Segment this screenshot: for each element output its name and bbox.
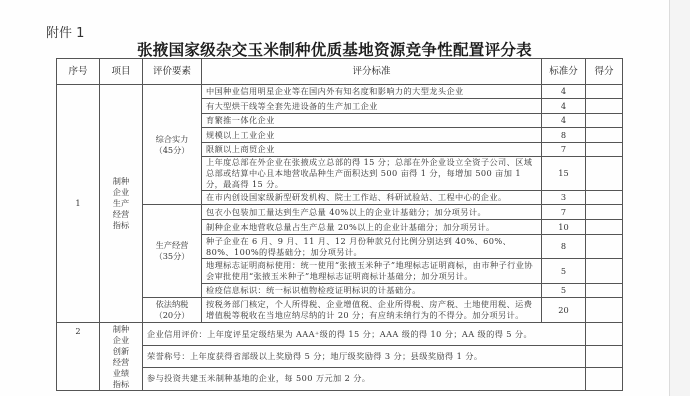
criteria-text: 检疫信息标识：统一标识植物检疫证明标识的计基础分。 [202, 284, 542, 298]
criteria-text: 在市内创设国家级新型研发机构、院士工作站、科研试验站、工程中心的企业。 [202, 191, 542, 205]
score-cell[interactable] [586, 235, 623, 259]
score-cell[interactable] [586, 259, 623, 284]
element-name: 生产经营（35分） [143, 205, 202, 298]
document-page: 附件 1 张掖国家级杂交玉米制种优质基地资源竞争性配置评分表 序号 项目 评价要… [0, 0, 670, 396]
score-cell[interactable] [586, 298, 623, 323]
score-cell[interactable] [586, 85, 623, 99]
criteria-text: 上年度总部在外企业在张掖成立总部的得 15 分；总部在外企业设立全资子公司、区域… [202, 157, 542, 191]
criteria-text: 种子企业在 6 月、9 月、11 月、12 月份种款兑付比例分别达到 40%、6… [202, 235, 542, 259]
header-no: 序号 [57, 59, 100, 85]
scoring-table: 序号 项目 评价要素 评分标准 标准分 得分 1 制种企业生产经营指标 综合实力… [56, 58, 623, 391]
criteria-text: 育繁推一体化企业 [202, 114, 542, 128]
score-cell[interactable] [586, 191, 623, 205]
criteria-text: 按税务部门核定，个人所得税、企业增值税、企业所得税、房产税、土地使用税、运费增值… [202, 298, 542, 323]
section-item: 制种企业生产经营指标 [100, 85, 143, 323]
element-name: 综合实力（45分） [143, 85, 202, 205]
criteria-text: 地理标志证明商标使用：统一使用“张掖玉米种子”地理标志证明商标，由市种子行业协会… [202, 259, 542, 284]
criteria-text: 有大型烘干线等全套先进设备的生产加工企业 [202, 99, 542, 114]
standard-score: 15 [542, 157, 586, 191]
criteria-text: 参与投资共建玉米制种基地的企业，每 500 万元加 2 分。 [143, 367, 586, 390]
document-title: 张掖国家级杂交玉米制种优质基地资源竞争性配置评分表 [0, 38, 669, 60]
criteria-text: 制种企业本地营收总量占生产总量 20%以上的企业计基础分；加分项另计。 [202, 220, 542, 235]
header-row: 序号 项目 评价要素 评分标准 标准分 得分 [57, 59, 623, 85]
score-cell[interactable] [586, 323, 623, 346]
standard-score: 8 [542, 128, 586, 143]
score-cell[interactable] [586, 128, 623, 143]
header-criteria: 评分标准 [202, 59, 542, 85]
header-score: 得分 [586, 59, 623, 85]
score-cell[interactable] [586, 367, 623, 390]
section-item: 制种企业创新经营业绩指标 [100, 323, 143, 391]
score-cell[interactable] [586, 284, 623, 298]
score-cell[interactable] [586, 99, 623, 114]
standard-score: 4 [542, 99, 586, 114]
standard-score: 8 [542, 235, 586, 259]
standard-score: 5 [542, 259, 586, 284]
criteria-text: 规模以上工业企业 [202, 128, 542, 143]
criteria-text: 限额以上商贸企业 [202, 143, 542, 157]
standard-score: 4 [542, 85, 586, 99]
header-standard-score: 标准分 [542, 59, 586, 85]
table-row: 1 制种企业生产经营指标 综合实力（45分） 中国种业信用明星企业等在国内外有知… [57, 85, 623, 99]
table-row: 2 制种企业创新经营业绩指标 企业信用评价：上年度评星定级结果为 AAA⁺级的得… [57, 323, 623, 346]
standard-score: 7 [542, 205, 586, 220]
criteria-text: 中国种业信用明星企业等在国内外有知名度和影响力的大型龙头企业 [202, 85, 542, 99]
standard-score: 7 [542, 143, 586, 157]
score-cell[interactable] [586, 346, 623, 368]
criteria-text: 企业信用评价：上年度评星定级结果为 AAA⁺级的得 15 分；AAA 级的得 1… [143, 323, 586, 346]
section-no: 1 [57, 85, 100, 323]
criteria-text: 荣誉称号：上年度获得省部级以上奖励得 5 分；地厅级奖励得 3 分；县级奖励得 … [143, 346, 586, 368]
score-cell[interactable] [586, 157, 623, 191]
standard-score: 4 [542, 114, 586, 128]
score-cell[interactable] [586, 205, 623, 220]
score-cell[interactable] [586, 220, 623, 235]
standard-score: 10 [542, 220, 586, 235]
standard-score: 3 [542, 191, 586, 205]
header-item: 项目 [100, 59, 143, 85]
standard-score: 5 [542, 284, 586, 298]
score-cell[interactable] [586, 143, 623, 157]
header-element: 评价要素 [143, 59, 202, 85]
standard-score: 20 [542, 298, 586, 323]
element-name: 依法纳税（20分） [143, 298, 202, 323]
score-cell[interactable] [586, 114, 623, 128]
section-no: 2 [57, 323, 100, 391]
criteria-text: 包衣小包装加工量达到生产总量 40%以上的企业计基础分；加分项另计。 [202, 205, 542, 220]
